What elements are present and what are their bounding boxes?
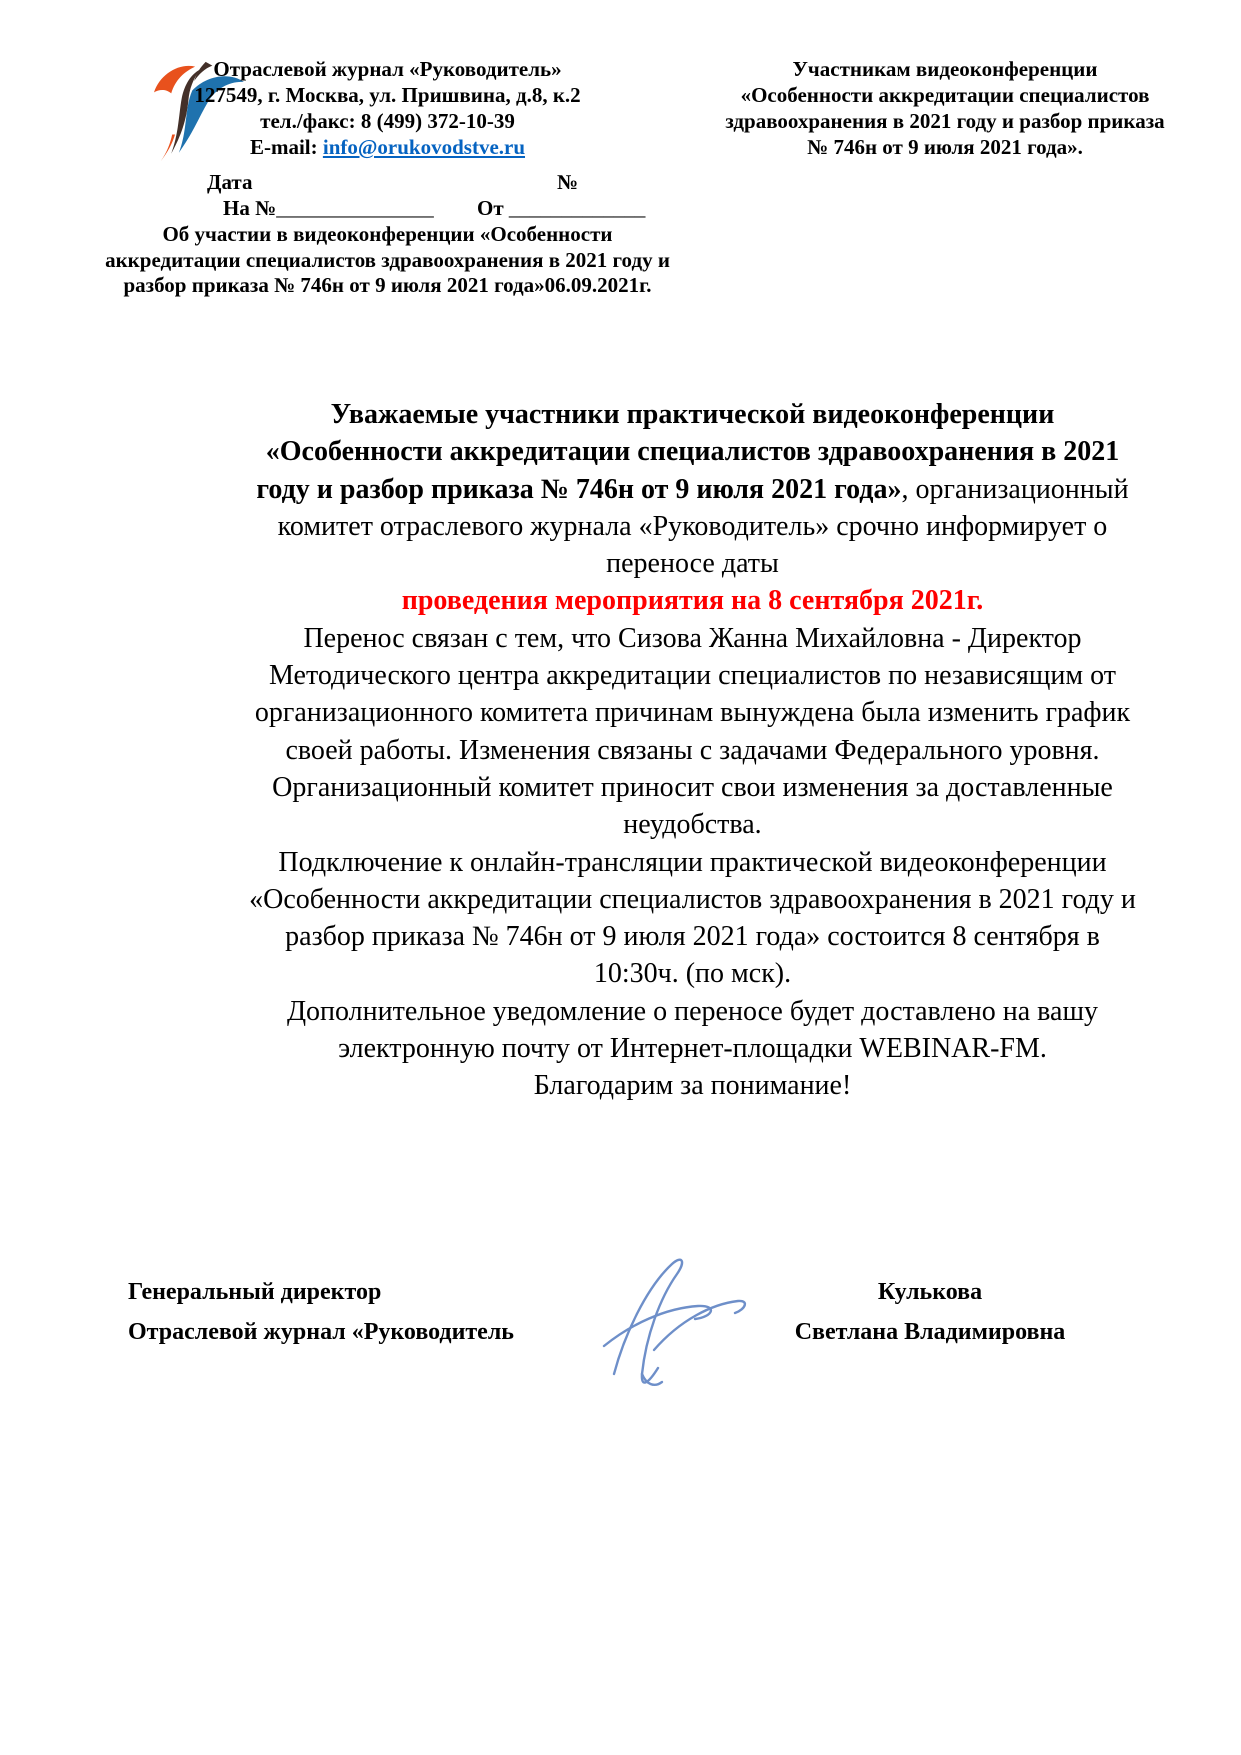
number-label: № [557, 170, 578, 195]
sender-address: 127549, г. Москва, ул. Пришвина, д.8, к.… [105, 82, 670, 108]
body-paragraph: Дополнительное уведомление о переносе бу… [245, 993, 1140, 1068]
salutation-paragraph: Уважаемые участники практической видеоко… [245, 396, 1140, 582]
from-field: От _____________ [477, 196, 645, 221]
body-paragraph: Перенос связан с тем, что Сизова Жанна М… [245, 620, 1140, 769]
recipient-line: здравоохранения в 2021 году и разбор при… [700, 108, 1190, 134]
email-link[interactable]: info@orukovodstve.ru [323, 135, 525, 159]
recipient-block: Участникам видеоконференции «Особенности… [700, 56, 1190, 160]
recipient-line: № 746н от 9 июля 2021 года». [700, 134, 1190, 160]
sender-email-row: E-mail: info@orukovodstve.ru [105, 134, 670, 160]
date-label: Дата [207, 170, 252, 195]
reply-to-label: На № [223, 196, 276, 220]
recipient-line: «Особенности аккредитации специалистов [700, 82, 1190, 108]
body-paragraph: Подключение к онлайн-трансляции практиче… [245, 844, 1140, 993]
from-blank: _____________ [509, 196, 646, 220]
rescheduled-date-highlight: проведения мероприятия на 8 сентября 202… [245, 582, 1140, 619]
salutation-comma: , [901, 474, 915, 505]
reply-to-blank: _______________ [276, 196, 434, 220]
recipient-line: Участникам видеоконференции [700, 56, 1190, 82]
sender-org-name: Отраслевой журнал «Руководитель» [105, 56, 670, 82]
email-label: E-mail: [250, 135, 323, 159]
reply-to-field: На №_______________ [223, 196, 434, 221]
sender-block: Отраслевой журнал «Руководитель» 127549,… [105, 56, 670, 160]
body-paragraph: Благодарим за понимание! [245, 1067, 1140, 1104]
handwritten-signature [586, 1246, 766, 1396]
letter-body: Уважаемые участники практической видеоко… [245, 396, 1140, 1105]
body-paragraph: Организационный комитет приносит свои из… [245, 769, 1140, 844]
signer-position-block: Генеральный директор Отраслевой журнал «… [128, 1272, 514, 1352]
signer-given-names: Светлана Владимировна [790, 1312, 1070, 1352]
sender-phone: тел./факс: 8 (499) 372-10-39 [105, 108, 670, 134]
signer-name-block: Кулькова Светлана Владимировна [790, 1272, 1070, 1352]
letter-page: Отраслевой журнал «Руководитель» 127549,… [0, 0, 1241, 1755]
signer-position-line: Генеральный директор [128, 1272, 514, 1312]
from-label: От [477, 196, 509, 220]
signer-position-line: Отраслевой журнал «Руководитель [128, 1312, 514, 1352]
signature-ink-icon [586, 1246, 766, 1396]
subject-line: Об участии в видеоконференции «Особеннос… [100, 222, 675, 299]
signer-surname: Кулькова [790, 1272, 1070, 1312]
